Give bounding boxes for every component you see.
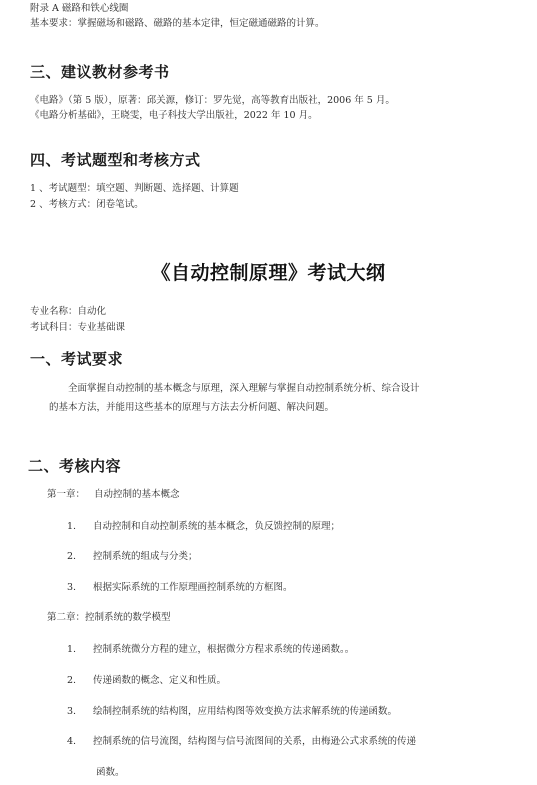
exam-subject: 考试科目：专业基础课 [30,322,125,334]
appendix-line: 附录 A 磁路和铁心线圈 [30,3,128,15]
item-number: 3. [67,582,93,594]
chapter-2-title: 第二章：控制系统的数学模型 [47,612,171,624]
item-text: 控制系统的信号流图，结构图与信号流图间的关系，由梅逊公式求系统的传递 [93,736,416,747]
item-text: 自动控制和自动控制系统的基本概念，负反馈控制的原理； [93,521,340,532]
chapter-1-item: 3.根据实际系统的工作原理画控制系统的方框图。 [67,582,293,594]
chapter-2-item-continuation: 函数。 [96,767,125,779]
item-number: 4. [67,736,93,748]
chapter-2-item: 2.传递函数的概念、定义和性质。 [67,675,226,687]
exam-format-heading: 四、考试题型和考核方式 [30,151,201,169]
chapter-2-item: 4.控制系统的信号流图，结构图与信号流图间的关系，由梅逊公式求系统的传递 [67,736,416,748]
requirements-paragraph-line2: 的基本方法，并能用这些基本的原理与方法去分析问题、解决问题。 [49,402,334,414]
content-heading: 二、考核内容 [28,457,121,475]
item-text: 传递函数的概念、定义和性质。 [93,675,226,686]
item-text: 绘制控制系统的结构图，应用结构图等效变换方法求解系统的传递函数。 [93,706,397,717]
chapter-2-item: 1.控制系统微分方程的建立，根据微分方程求系统的传递函数。。 [67,644,354,656]
requirements-paragraph-line1: 全面掌握自动控制的基本概念与原理，深入理解与掌握自动控制系统分析、综合设计 [68,383,420,395]
syllabus-title: 《自动控制原理》考试大纲 [0,262,537,284]
item-number: 1. [67,521,93,533]
textbooks-heading: 三、建议教材参考书 [30,63,170,81]
major-name: 专业名称：自动化 [30,306,106,318]
chapter-1-item: 1.自动控制和自动控制系统的基本概念，负反馈控制的原理； [67,521,340,533]
item-number: 2. [67,675,93,687]
textbook-item: 《电路》（第 5 版），原著：邱关源，修订：罗先觉，高等教育出版社，2006 年… [30,95,395,107]
item-number: 2. [67,551,93,563]
requirements-heading: 一、考试要求 [30,350,123,368]
chapter-1-title: 第一章： 自动控制的基本概念 [47,489,180,501]
item-text: 根据实际系统的工作原理画控制系统的方框图。 [93,582,293,593]
textbook-item: 《电路分析基础》，王晓雯，电子科技大学出版社，2022 年 10 月。 [30,110,318,122]
item-number: 3. [67,706,93,718]
exam-format-item: 2 、考核方式：闭卷笔试。 [30,199,144,211]
chapter-1-item: 2.控制系统的组成与分类； [67,551,198,563]
item-number: 1. [67,644,93,656]
item-text: 控制系统微分方程的建立，根据微分方程求系统的传递函数。。 [93,644,354,655]
exam-format-item: 1 、考试题型：填空题、判断题、选择题、计算题 [30,183,239,195]
item-text: 控制系统的组成与分类； [93,551,198,562]
chapter-2-item: 3.绘制控制系统的结构图，应用结构图等效变换方法求解系统的传递函数。 [67,706,397,718]
appendix-requirement: 基本要求：掌握磁场和磁路、磁路的基本定律，恒定磁通磁路的计算。 [30,18,325,30]
